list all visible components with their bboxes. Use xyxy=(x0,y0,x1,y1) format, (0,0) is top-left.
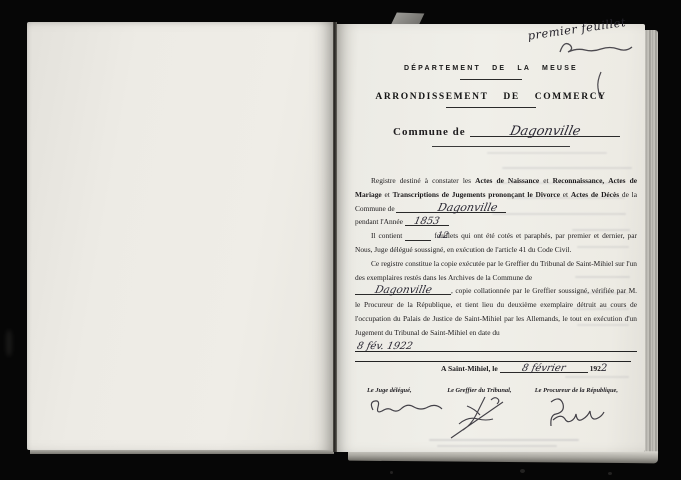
bleed-through-line xyxy=(565,376,629,378)
acts-transcriptions-divorce: Transcriptions de Jugements prononçant l… xyxy=(393,190,560,199)
bleed-through-line xyxy=(487,152,607,154)
commune-handwritten-value-2: Dagonville xyxy=(421,204,498,211)
intro-paragraph: Registre destiné à constater les Actes d… xyxy=(355,174,637,215)
commune-fill-line-2: Dagonville xyxy=(396,204,506,213)
acts-deces: Actes de Décès xyxy=(571,190,619,199)
scan-smudge xyxy=(6,330,12,356)
juge-label: Le Juge délégué, xyxy=(367,387,412,394)
conjunction: et xyxy=(384,190,389,199)
dateline-year-digit-handwritten: 2 xyxy=(601,363,607,374)
copie-paragraph-1: Ce registre constitue la copie exécutée … xyxy=(355,257,637,285)
dateline-day-fill: 8 février xyxy=(500,365,588,373)
stacked-page-edges-right xyxy=(645,30,658,456)
left-blank-page xyxy=(27,22,333,450)
folio-number-stroke xyxy=(595,70,605,100)
contient-lead: Il contient xyxy=(371,231,402,240)
commune-handwritten-value: Dagonville xyxy=(509,128,581,136)
heading-rule xyxy=(460,79,522,80)
commune-fill-line: Dagonville xyxy=(470,127,620,137)
signature-block-procureur: Le Procureur de la République, xyxy=(535,387,635,442)
signature-block-juge: Le Juge délégué, xyxy=(367,387,447,442)
juge-signature-scribble xyxy=(367,394,445,420)
bleed-through-line xyxy=(437,445,557,447)
procureur-label: Le Procureur de la République, xyxy=(535,387,618,394)
copie-text-1: Ce registre constitue la copie exécutée … xyxy=(355,259,637,282)
signature-block-greffier: Le Greffier du Tribunal, xyxy=(447,387,535,442)
copie-paragraph-2: Dagonville, copie collationnée par le Gr… xyxy=(355,284,637,339)
conjunction: et xyxy=(543,176,548,185)
year-handwritten-value: 1853 xyxy=(413,218,440,225)
procureur-signature-scribble xyxy=(535,394,619,436)
conjunction: et xyxy=(563,190,568,199)
commune-handwritten-value-3: Dagonville xyxy=(374,287,432,294)
acts-naissance: Actes de Naissance xyxy=(475,176,539,185)
feuillets-handwritten-value: 12 xyxy=(421,233,450,240)
dateline-prefix: A Saint-Mihiel, le xyxy=(441,364,498,373)
dateline-year-printed: 192 xyxy=(590,364,601,373)
jugement-date-handwritten: 8 fév. 1922 xyxy=(356,340,414,354)
bleed-through-line xyxy=(502,167,632,169)
jugement-date-line: 8 fév. 1922 xyxy=(355,340,637,352)
year-line: pendant l'Année 1853 xyxy=(355,215,637,229)
signature-row: Le Juge délégué, Le Greffier du Tribunal… xyxy=(367,387,635,442)
intro-lead: Registre destiné à constater les xyxy=(371,176,471,185)
scan-dust xyxy=(520,469,525,473)
register-declaration: Registre destiné à constater les Actes d… xyxy=(355,174,637,362)
greffier-label: Le Greffier du Tribunal, xyxy=(447,387,511,394)
commune-label: Commune de xyxy=(393,126,466,138)
dateline: A Saint-Mihiel, le 8 février 1922 xyxy=(441,363,607,374)
scan-dust xyxy=(390,471,393,474)
heading-rule xyxy=(446,107,536,108)
archivist-initials-scribble xyxy=(552,38,638,62)
acts-reconnaissance: Reconnaissance, xyxy=(553,176,605,185)
scanned-register-page: DÉPARTEMENT DE LA MEUSE ARRONDISSEMENT D… xyxy=(0,0,681,480)
feuillets-fill-line: 12 xyxy=(405,232,431,241)
scan-dust xyxy=(608,472,612,475)
greffier-signature-scribble xyxy=(447,394,521,442)
blank-rule xyxy=(355,361,631,362)
book-gutter xyxy=(333,22,337,452)
commune-subline xyxy=(432,146,570,147)
commune-fill-line-3: Dagonville xyxy=(355,287,451,295)
dateline-day-handwritten: 8 février xyxy=(521,365,566,372)
contient-paragraph: Il contient 12 feuillets qui ont été cot… xyxy=(355,229,637,257)
commune-row: Commune deDagonville xyxy=(393,122,623,140)
year-fill-line: 1853 xyxy=(405,218,449,226)
pendant-label: pendant l'Année xyxy=(355,217,403,226)
